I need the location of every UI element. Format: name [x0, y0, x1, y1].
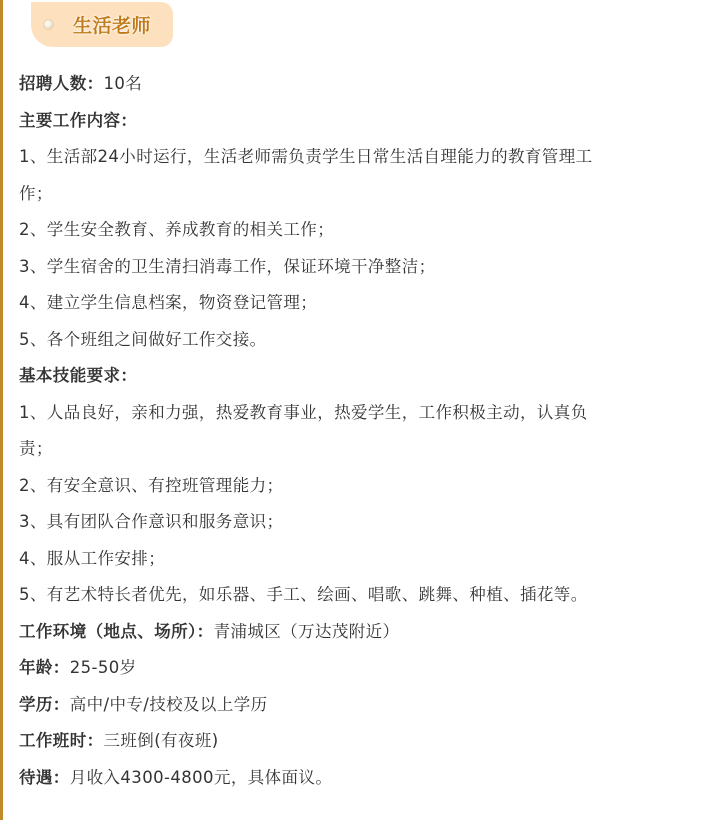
- skill-line: 3、具有团队合作意识和服务意识；: [19, 504, 724, 541]
- skill-line: 责；: [19, 431, 724, 468]
- salary-row: 待遇：月收入4300-4800元，具体面议。: [19, 760, 724, 797]
- age-row: 年龄：25-50岁: [19, 650, 724, 687]
- environment-value: 青浦城区（万达茂附近）: [214, 622, 400, 641]
- recruit-count-row: 招聘人数：10名: [19, 66, 724, 103]
- shift-label: 工作班时：: [19, 731, 104, 750]
- age-label: 年龄：: [19, 658, 70, 677]
- environment-row: 工作环境（地点、场所）：青浦城区（万达茂附近）: [19, 614, 724, 651]
- duty-line: 2、学生安全教育、养成教育的相关工作；: [19, 212, 724, 249]
- duty-line: 5、各个班组之间做好工作交接。: [19, 322, 724, 359]
- recruit-count-label: 招聘人数：: [19, 74, 104, 93]
- section-title: 生活老师: [73, 11, 151, 38]
- recruit-count-value: 10名: [104, 74, 143, 93]
- skill-line: 5、有艺术特长者优先，如乐器、手工、绘画、唱歌、跳舞、种植、插花等。: [19, 577, 724, 614]
- section-title-tag: 生活老师: [31, 2, 173, 47]
- age-value: 25-50岁: [70, 658, 137, 677]
- duty-line: 4、建立学生信息档案，物资登记管理；: [19, 285, 724, 322]
- education-row: 学历：高中/中专/技校及以上学历: [19, 687, 724, 724]
- skill-line: 1、人品良好，亲和力强，热爱教育事业，热爱学生，工作积极主动，认真负: [19, 395, 724, 432]
- duty-line: 1、生活部24小时运行，生活老师需负责学生日常生活自理能力的教育管理工: [19, 139, 724, 176]
- education-value: 高中/中专/技校及以上学历: [70, 695, 268, 714]
- skill-line: 2、有安全意识、有控班管理能力；: [19, 468, 724, 505]
- skills-heading: 基本技能要求：: [19, 358, 724, 395]
- environment-label: 工作环境（地点、场所）：: [19, 622, 214, 641]
- salary-label: 待遇：: [19, 768, 70, 787]
- job-section-frame: 生活老师 招聘人数：10名 主要工作内容： 1、生活部24小时运行，生活老师需负…: [0, 0, 724, 820]
- shift-value: 三班倒(有夜班): [104, 731, 219, 750]
- duties-heading: 主要工作内容：: [19, 103, 724, 140]
- salary-value: 月收入4300-4800元，具体面议。: [70, 768, 333, 787]
- skill-line: 4、服从工作安排；: [19, 541, 724, 578]
- duty-line: 3、学生宿舍的卫生清扫消毒工作，保证环境干净整洁；: [19, 249, 724, 286]
- shift-row: 工作班时：三班倒(有夜班): [19, 723, 724, 760]
- duty-line: 作；: [19, 176, 724, 213]
- job-details: 招聘人数：10名 主要工作内容： 1、生活部24小时运行，生活老师需负责学生日常…: [19, 66, 724, 796]
- education-label: 学历：: [19, 695, 70, 714]
- circle-dot-icon: [44, 20, 53, 29]
